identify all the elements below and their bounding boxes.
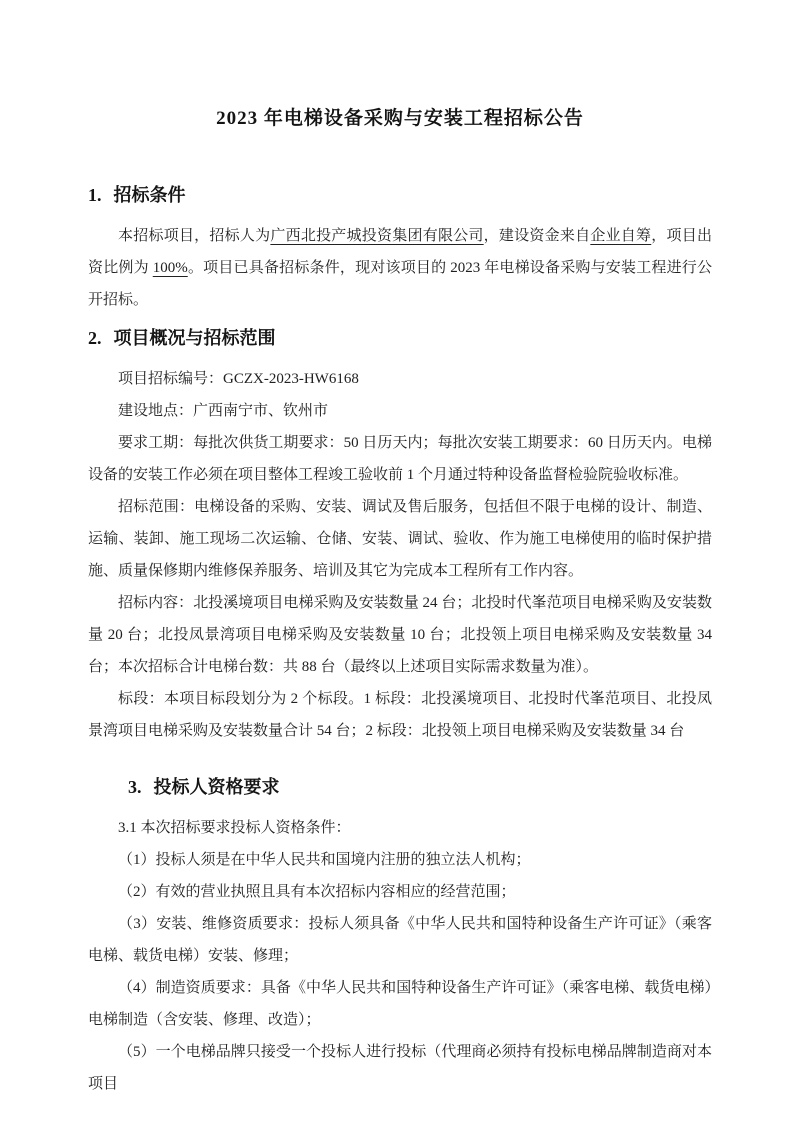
tender-conditions-paragraph: 本招标项目，招标人为广西北投产城投资集团有限公司，建设资金来自企业自筹，项目出资… [88, 220, 712, 316]
section-3-heading-label: 投标人资格要求 [154, 777, 280, 797]
bid-content: 招标内容：北投溪境项目电梯采购及安装数量 24 台；北投时代峯范项目电梯采购及安… [88, 587, 712, 683]
section-2-heading-label: 项目概况与招标范围 [114, 328, 276, 348]
section-1-heading-label: 招标条件 [114, 185, 186, 205]
project-bid-number: 项目招标编号：GCZX-2023-HW6168 [88, 363, 712, 395]
qualification-item-1: （1）投标人须是在中华人民共和国境内注册的独立法人机构； [88, 844, 712, 876]
intro-text-2: ，建设资金来自 [484, 228, 591, 244]
qualification-item-4: （4）制造资质要求：具备《中华人民共和国特种设备生产许可证》（乘客电梯、载货电梯… [88, 972, 712, 1036]
funding-source: 企业自筹 [590, 228, 651, 244]
section-1-number: 1. [88, 185, 102, 205]
bid-sections: 标段：本项目标段划分为 2 个标段。1 标段：北投溪境项目、北投时代峯范项目、北… [88, 683, 712, 747]
qualification-intro: 3.1 本次招标要求投标人资格条件： [88, 812, 712, 844]
document-title: 2023 年电梯设备采购与安装工程招标公告 [88, 0, 712, 134]
section-2-heading: 2.项目概况与招标范围 [88, 325, 712, 351]
document-page: 2023 年电梯设备采购与安装工程招标公告 1.招标条件 本招标项目，招标人为广… [0, 0, 800, 1131]
qualification-item-3: （3）安装、维修资质要求：投标人须具备《中华人民共和国特种设备生产许可证》（乘客… [88, 908, 712, 972]
section-3-body: 3.1 本次招标要求投标人资格条件： （1）投标人须是在中华人民共和国境内注册的… [88, 812, 712, 1100]
bid-scope: 招标范围：电梯设备的采购、安装、调试及售后服务，包括但不限于电梯的设计、制造、运… [88, 491, 712, 587]
section-3-heading: 3.投标人资格要求 [88, 774, 712, 800]
section-2-body: 项目招标编号：GCZX-2023-HW6168 建设地点：广西南宁市、钦州市 要… [88, 363, 712, 747]
required-schedule: 要求工期：每批次供货工期要求：50 日历天内；每批次安装工期要求：60 日历天内… [88, 427, 712, 491]
intro-text-1: 本招标项目，招标人为 [118, 228, 270, 244]
qualification-item-5: （5）一个电梯品牌只接受一个投标人进行投标（代理商必须持有投标电梯品牌制造商对本… [88, 1036, 712, 1100]
document-content: 2023 年电梯设备采购与安装工程招标公告 1.招标条件 本招标项目，招标人为广… [0, 0, 800, 1100]
section-3-number: 3. [128, 777, 142, 797]
tenderer-name: 广西北投产城投资集团有限公司 [270, 228, 483, 244]
qualification-item-2: （2）有效的营业执照且具有本次招标内容相应的经营范围； [88, 876, 712, 908]
section-1-heading: 1.招标条件 [88, 182, 712, 208]
funding-ratio: 100% [153, 260, 188, 276]
section-2-number: 2. [88, 328, 102, 348]
construction-location: 建设地点：广西南宁市、钦州市 [88, 395, 712, 427]
section-1-body: 本招标项目，招标人为广西北投产城投资集团有限公司，建设资金来自企业自筹，项目出资… [88, 220, 712, 316]
